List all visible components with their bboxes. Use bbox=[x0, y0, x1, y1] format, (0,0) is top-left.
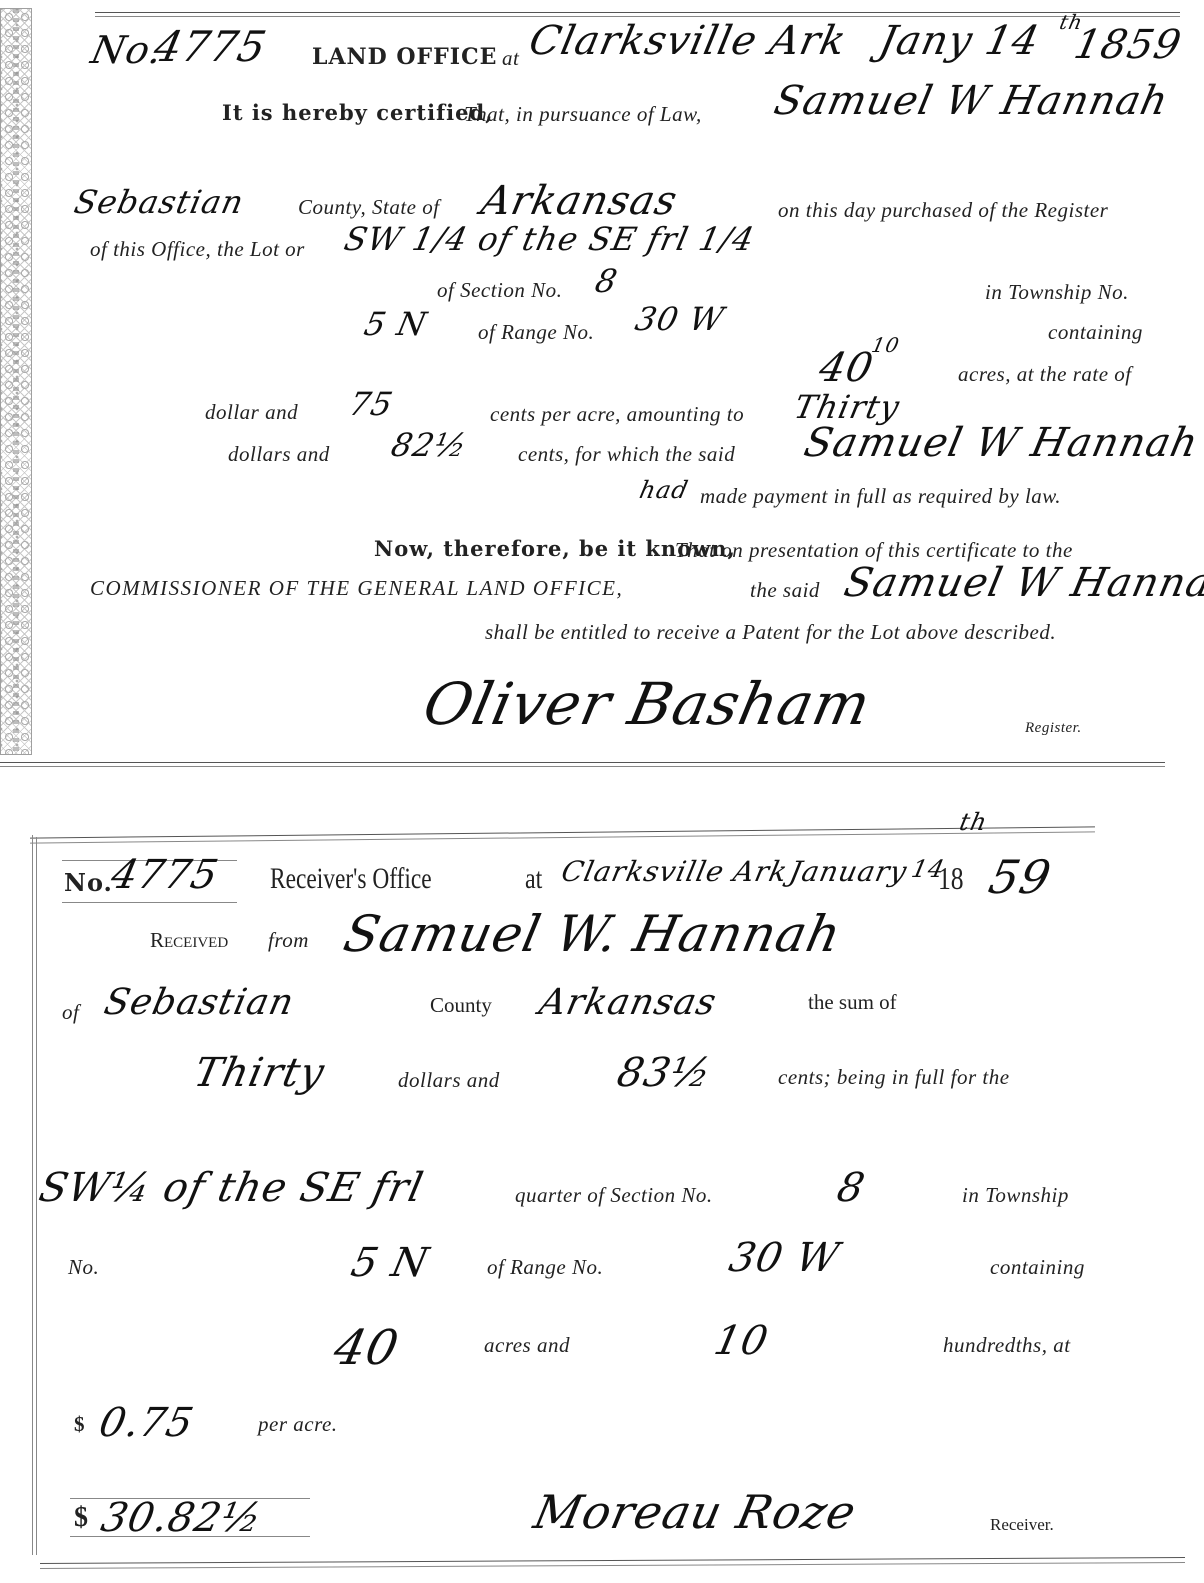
receipt-county: Sebastian bbox=[101, 982, 298, 1023]
received-label: Received bbox=[150, 928, 228, 953]
receipt-number: 4775 bbox=[107, 852, 223, 898]
township-number: 5 N bbox=[361, 305, 431, 343]
receipt-no-label: No. bbox=[68, 1255, 99, 1280]
the-said-label: the said bbox=[750, 578, 820, 603]
certificate-date: Jany 14 bbox=[875, 18, 1044, 64]
receiver-title: Receiver. bbox=[990, 1515, 1054, 1535]
county-name: Sebastian bbox=[71, 183, 248, 221]
cents-per-acre-label: cents per acre, amounting to bbox=[490, 402, 744, 427]
purchaser-name-repeat-2: Samuel W Hannah bbox=[840, 560, 1204, 606]
per-acre-label: per acre. bbox=[258, 1412, 338, 1437]
rate-cents: 75 bbox=[346, 385, 397, 423]
containing-label: containing bbox=[1048, 320, 1143, 345]
certified-label: It is hereby certified, bbox=[222, 100, 493, 125]
receipt-number-label: No. bbox=[64, 868, 113, 897]
sum-of-label: the sum of bbox=[808, 990, 897, 1015]
receipt-top-rule-inner bbox=[30, 831, 1095, 843]
acres-rate-label: acres, at the rate of bbox=[958, 362, 1132, 387]
receipt-cents: 83½ bbox=[613, 1050, 715, 1096]
section-number: 8 bbox=[592, 262, 621, 300]
dollars-and-label: dollars and bbox=[228, 442, 330, 467]
receipt-location: Clarksville Ark bbox=[558, 855, 791, 888]
purchaser-name: Samuel W Hannah bbox=[770, 78, 1173, 124]
receipt-year-written: 59 bbox=[984, 850, 1056, 904]
receipt-left-rule-inner bbox=[36, 837, 37, 1555]
land-office-title: LAND OFFICE bbox=[312, 44, 497, 70]
dollar-and-label: dollar and bbox=[205, 400, 298, 425]
quarter-section-label: quarter of Section No. bbox=[515, 1183, 713, 1208]
register-signature: Oliver Basham bbox=[418, 670, 877, 738]
receipt-section: 8 bbox=[833, 1165, 869, 1211]
purchaser-name-repeat: Samuel W Hannah bbox=[800, 420, 1203, 466]
county-state-label: County, State of bbox=[298, 195, 440, 220]
receipt-county-label: County bbox=[430, 993, 492, 1018]
receipt-year-printed: 18 bbox=[938, 860, 964, 897]
bottom-border-rule-inner bbox=[0, 766, 1165, 767]
receipt-rate: 0.75 bbox=[95, 1400, 198, 1446]
bottom-border-rule bbox=[0, 762, 1165, 763]
receipt-state: Arkansas bbox=[536, 982, 721, 1023]
amount-cents: 82½ bbox=[388, 426, 471, 464]
certificate-year: 1859 bbox=[1070, 22, 1186, 68]
acres-and-label: acres and bbox=[484, 1333, 570, 1358]
receipt-dollars-and-label: dollars and bbox=[398, 1068, 500, 1093]
receipt-township: 5 N bbox=[347, 1240, 433, 1286]
payment-label: made payment in full as required by law. bbox=[700, 484, 1061, 509]
receipt-containing-label: containing bbox=[990, 1255, 1085, 1280]
receipt-left-rule bbox=[32, 835, 33, 1555]
at-label: at bbox=[502, 46, 519, 71]
state-name: Arkansas bbox=[477, 178, 682, 224]
had-written: had bbox=[637, 476, 691, 504]
section-label: of Section No. bbox=[437, 278, 562, 303]
register-title: Register. bbox=[1025, 720, 1082, 737]
receipt-acres: 40 bbox=[329, 1320, 404, 1376]
cents-said-label: cents, for which the said bbox=[518, 442, 735, 467]
number-box-bottom bbox=[62, 902, 237, 903]
range-number: 30 W bbox=[632, 300, 728, 338]
range-label: of Range No. bbox=[478, 320, 594, 345]
receipt-total: 30.82½ bbox=[97, 1495, 266, 1541]
rate-dollar-sign: $ bbox=[74, 1412, 85, 1437]
receiver-signature: Moreau Roze bbox=[529, 1485, 861, 1539]
payer-name: Samuel W. Hannah bbox=[339, 905, 847, 963]
receipt-month: January bbox=[786, 855, 910, 888]
township-label: in Township No. bbox=[985, 280, 1129, 305]
hundredths-label: hundredths, at bbox=[943, 1333, 1071, 1358]
entitled-label: shall be entitled to receive a Patent fo… bbox=[485, 620, 1056, 645]
acres-hundredths: 10 bbox=[869, 333, 902, 357]
top-border-rule-inner bbox=[95, 16, 1180, 17]
receipt-range: 30 W bbox=[725, 1235, 844, 1281]
receipt-range-label: of Range No. bbox=[487, 1255, 603, 1280]
receipt-township-label: in Township bbox=[962, 1183, 1069, 1208]
ornamental-border bbox=[0, 8, 32, 755]
receivers-office-title: Receiver's Office bbox=[270, 862, 432, 896]
receipt-at-label: at bbox=[525, 862, 542, 896]
pursuance-label: That, in pursuance of Law, bbox=[464, 102, 702, 127]
total-dollar-sign: $ bbox=[74, 1502, 88, 1534]
lot-label: of this Office, the Lot or bbox=[90, 237, 305, 262]
purchased-label: on this day purchased of the Register bbox=[778, 198, 1108, 223]
top-border-rule bbox=[95, 12, 1180, 13]
of-label: of bbox=[62, 1000, 79, 1025]
office-location: Clarksville Ark bbox=[525, 18, 851, 64]
receipt-hundredths: 10 bbox=[710, 1318, 773, 1364]
receipt-dollars-words: Thirty bbox=[190, 1050, 329, 1096]
in-full-label: cents; being in full for the bbox=[778, 1065, 1010, 1090]
lot-description: SW 1/4 of the SE frl 1/4 bbox=[341, 220, 758, 258]
commissioner-label: COMMISSIONER OF THE GENERAL LAND OFFICE, bbox=[90, 576, 623, 601]
acres-number: 40 bbox=[815, 345, 878, 391]
certificate-number: 4775 bbox=[150, 22, 271, 71]
from-label: from bbox=[268, 928, 309, 953]
receipt-tract: SW¼ of the SE frl bbox=[35, 1165, 428, 1211]
